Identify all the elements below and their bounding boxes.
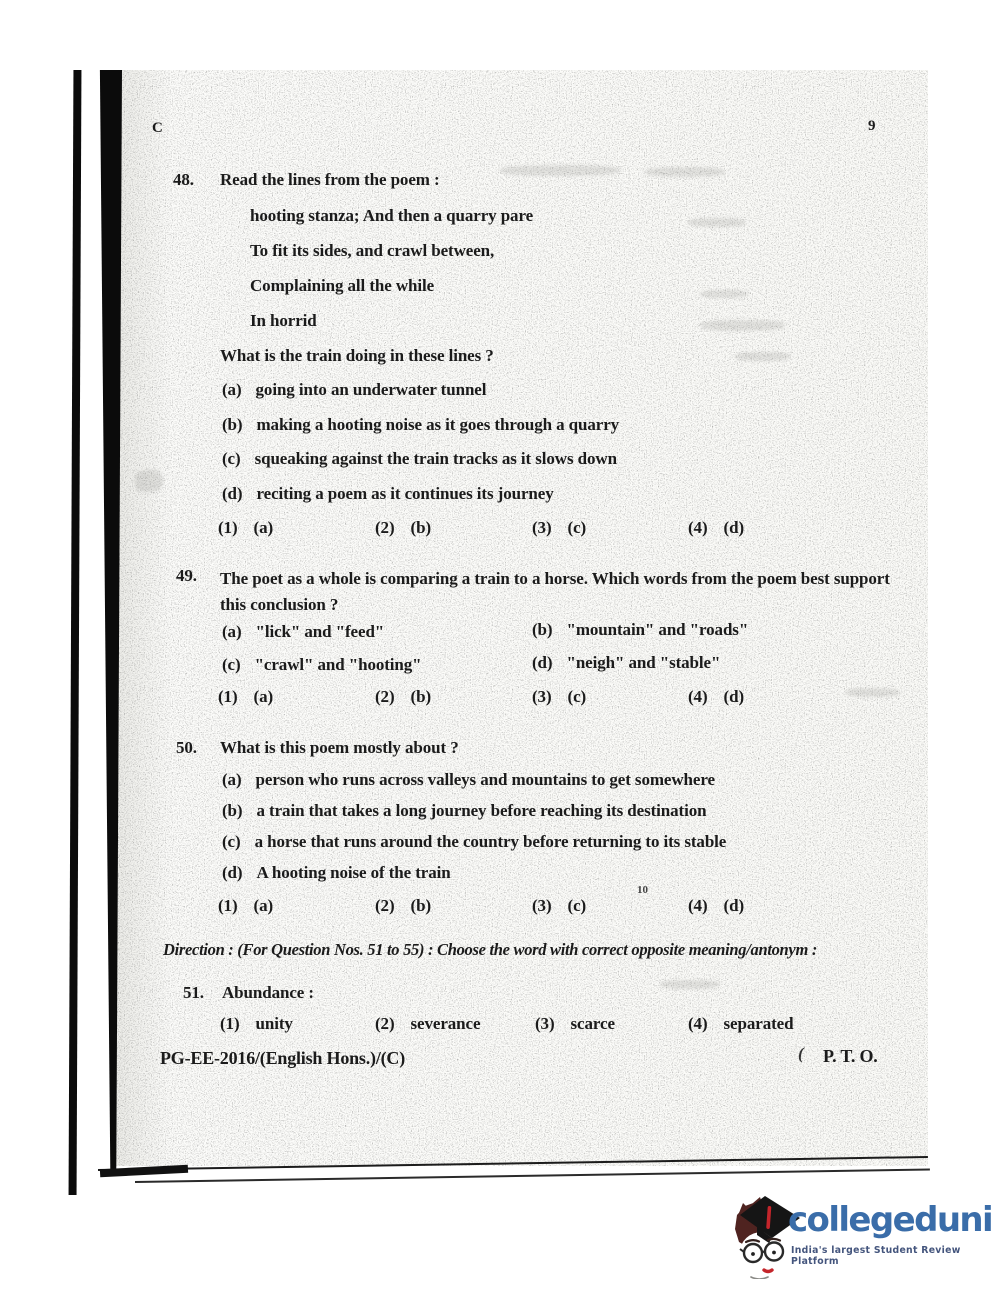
q48-option-b-text: making a hooting noise as it goes throug… bbox=[256, 415, 619, 435]
q50-answer-2-num: (2) bbox=[375, 896, 395, 915]
q49-option-b-text: "mountain" and "roads" bbox=[566, 620, 748, 640]
q51-option-4: (4)separated bbox=[688, 1014, 793, 1034]
page-bottom-edge-line-2 bbox=[135, 1169, 930, 1183]
q50-answer-2: (2)(b) bbox=[375, 896, 431, 916]
q49-number: 49. bbox=[176, 566, 197, 586]
q50-answer-2-opt: (b) bbox=[411, 896, 431, 915]
q48-option-c-label: (c) bbox=[222, 449, 241, 469]
scan-smudge bbox=[135, 470, 163, 492]
q51-option-2: (2)severance bbox=[375, 1014, 480, 1034]
q51-option-3-num: (3) bbox=[535, 1014, 555, 1033]
q50-answer-3-num: (3) bbox=[532, 896, 552, 915]
q51-option-4-num: (4) bbox=[688, 1014, 708, 1033]
q49-option-d-text: "neigh" and "stable" bbox=[566, 653, 720, 673]
q51-question: Abundance : bbox=[222, 983, 314, 1003]
scan-smudge bbox=[700, 320, 785, 331]
q50-option-a: (a)person who runs across valleys and mo… bbox=[222, 770, 715, 790]
pto-label: P. T. O. bbox=[823, 1046, 878, 1067]
q51-option-2-text: severance bbox=[411, 1014, 481, 1033]
q49-answer-2-num: (2) bbox=[375, 687, 395, 706]
q48-option-a: (a)going into an underwater tunnel bbox=[222, 380, 486, 400]
q48-answer-1: (1)(a) bbox=[218, 518, 273, 538]
q51-option-1: (1)unity bbox=[220, 1014, 293, 1034]
q51-option-4-text: separated bbox=[724, 1014, 794, 1033]
binding-strip-outer bbox=[69, 70, 82, 1195]
q48-option-c-text: squeaking against the train tracks as it… bbox=[255, 449, 617, 469]
set-code: C bbox=[152, 120, 163, 137]
q48-answer-2-opt: (b) bbox=[411, 518, 431, 537]
q48-option-a-label: (a) bbox=[222, 380, 242, 400]
q50-answer-4-opt: (d) bbox=[724, 896, 744, 915]
q48-option-b-label: (b) bbox=[222, 415, 242, 435]
q49-answer-1: (1)(a) bbox=[218, 687, 273, 707]
q50-option-b-label: (b) bbox=[222, 801, 242, 821]
q48-answer-4-opt: (d) bbox=[724, 518, 744, 537]
q48-poem-line: Complaining all the while bbox=[250, 276, 434, 296]
q49-answer-2: (2)(b) bbox=[375, 687, 431, 707]
q49-answer-1-num: (1) bbox=[218, 687, 238, 706]
q51-option-3: (3)scarce bbox=[535, 1014, 615, 1034]
q48-answer-1-num: (1) bbox=[218, 518, 238, 537]
q50-option-d-text: A hooting noise of the train bbox=[256, 863, 450, 883]
q51-option-2-num: (2) bbox=[375, 1014, 395, 1033]
q48-option-d: (d)reciting a poem as it continues its j… bbox=[222, 484, 554, 504]
q48-poem-line: hooting stanza; And then a quarry pare bbox=[250, 206, 533, 226]
q48-answer-2: (2)(b) bbox=[375, 518, 431, 538]
q49-option-c-text: "crawl" and "hooting" bbox=[255, 655, 422, 675]
collegedunia-tagline: India's largest Student Review Platform bbox=[791, 1245, 993, 1267]
scan-smudge bbox=[735, 352, 790, 361]
q49-option-b-label: (b) bbox=[532, 620, 552, 640]
scan-smudge bbox=[688, 218, 746, 227]
q49-option-a-label: (a) bbox=[222, 622, 242, 642]
q50-option-c-text: a horse that runs around the country bef… bbox=[255, 832, 727, 852]
q51-option-1-text: unity bbox=[256, 1014, 293, 1033]
q50-question: What is this poem mostly about ? bbox=[220, 738, 459, 758]
q48-intro: Read the lines from the poem : bbox=[220, 170, 440, 190]
q50-answer-3: (3)(c) bbox=[532, 896, 586, 916]
q49-answer-4-opt: (d) bbox=[724, 687, 744, 706]
q48-answer-1-opt: (a) bbox=[254, 518, 274, 537]
q49-answer-4: (4)(d) bbox=[688, 687, 744, 707]
q48-answer-4-num: (4) bbox=[688, 518, 708, 537]
q49-option-b: (b)"mountain" and "roads" bbox=[532, 620, 748, 640]
q50-answer-4-num: (4) bbox=[688, 896, 708, 915]
q50-option-b-text: a train that takes a long journey before… bbox=[256, 801, 706, 821]
paper-code: PG-EE-2016/(English Hons.)/(C) bbox=[160, 1048, 405, 1069]
page-number: 9 bbox=[868, 118, 876, 135]
q51-option-1-num: (1) bbox=[220, 1014, 240, 1033]
q49-option-a-text: "lick" and "feed" bbox=[256, 622, 385, 642]
q49-answer-1-opt: (a) bbox=[254, 687, 274, 706]
q50-number: 50. bbox=[176, 738, 197, 758]
scan-smudge bbox=[845, 688, 900, 697]
q48-answer-3-num: (3) bbox=[532, 518, 552, 537]
scan-smudge bbox=[700, 290, 748, 298]
q48-option-c: (c)squeaking against the train tracks as… bbox=[222, 449, 617, 469]
scan-smudge bbox=[645, 167, 725, 177]
q48-poem-line: In horrid bbox=[250, 311, 317, 331]
q48-answer-2-num: (2) bbox=[375, 518, 395, 537]
q49-answer-4-num: (4) bbox=[688, 687, 708, 706]
q50-option-c-label: (c) bbox=[222, 832, 241, 852]
q50-option-b: (b)a train that takes a long journey bef… bbox=[222, 801, 706, 821]
q49-question: The poet as a whole is comparing a train… bbox=[220, 566, 910, 618]
q50-option-a-text: person who runs across valleys and mount… bbox=[256, 770, 715, 790]
scanned-exam-page: C 9 48. Read the lines from the poem : h… bbox=[0, 0, 993, 1303]
q50-answer-1-num: (1) bbox=[218, 896, 238, 915]
q48-number: 48. bbox=[173, 170, 194, 190]
q49-answer-3-opt: (c) bbox=[568, 687, 587, 706]
q50-option-d: (d)A hooting noise of the train bbox=[222, 863, 451, 883]
scan-smudge bbox=[660, 980, 720, 989]
q50-option-c: (c)a horse that runs around the country … bbox=[222, 832, 726, 852]
q49-option-d: (d)"neigh" and "stable" bbox=[532, 653, 720, 673]
q50-option-d-label: (d) bbox=[222, 863, 242, 883]
q50-option-a-label: (a) bbox=[222, 770, 242, 790]
q48-option-b: (b)making a hooting noise as it goes thr… bbox=[222, 415, 619, 435]
q50-answer-3-opt: (c) bbox=[568, 896, 587, 915]
q49-option-d-label: (d) bbox=[532, 653, 552, 673]
q48-option-d-label: (d) bbox=[222, 484, 242, 504]
q49-answer-2-opt: (b) bbox=[411, 687, 431, 706]
q48-option-d-text: reciting a poem as it continues its jour… bbox=[256, 484, 553, 504]
q49-option-a: (a)"lick" and "feed" bbox=[222, 622, 384, 642]
q49-answer-3-num: (3) bbox=[532, 687, 552, 706]
footer-stray-mark: ( bbox=[798, 1044, 804, 1064]
q50-answer-4: (4)(d) bbox=[688, 896, 744, 916]
q50-stray-mark: 10 bbox=[637, 884, 648, 896]
q50-answer-1-opt: (a) bbox=[254, 896, 274, 915]
q51-number: 51. bbox=[183, 983, 204, 1003]
q48-poem-line: To fit its sides, and crawl between, bbox=[250, 241, 494, 261]
q49-option-c-label: (c) bbox=[222, 655, 241, 675]
collegedunia-logo[interactable]: collegedunia bbox=[788, 1200, 993, 1240]
q48-question: What is the train doing in these lines ? bbox=[220, 346, 494, 366]
q50-answer-1: (1)(a) bbox=[218, 896, 273, 916]
collegedunia-logo-tld[interactable]: com bbox=[951, 1213, 960, 1232]
q49-option-c: (c)"crawl" and "hooting" bbox=[222, 655, 422, 675]
q48-answer-4: (4)(d) bbox=[688, 518, 744, 538]
q48-answer-3-opt: (c) bbox=[568, 518, 587, 537]
q48-option-a-text: going into an underwater tunnel bbox=[256, 380, 487, 400]
q48-answer-3: (3)(c) bbox=[532, 518, 586, 538]
scan-smudge bbox=[500, 165, 620, 176]
direction-text: Direction : (For Question Nos. 51 to 55)… bbox=[163, 940, 817, 960]
q51-option-3-text: scarce bbox=[571, 1014, 615, 1033]
q49-answer-3: (3)(c) bbox=[532, 687, 586, 707]
